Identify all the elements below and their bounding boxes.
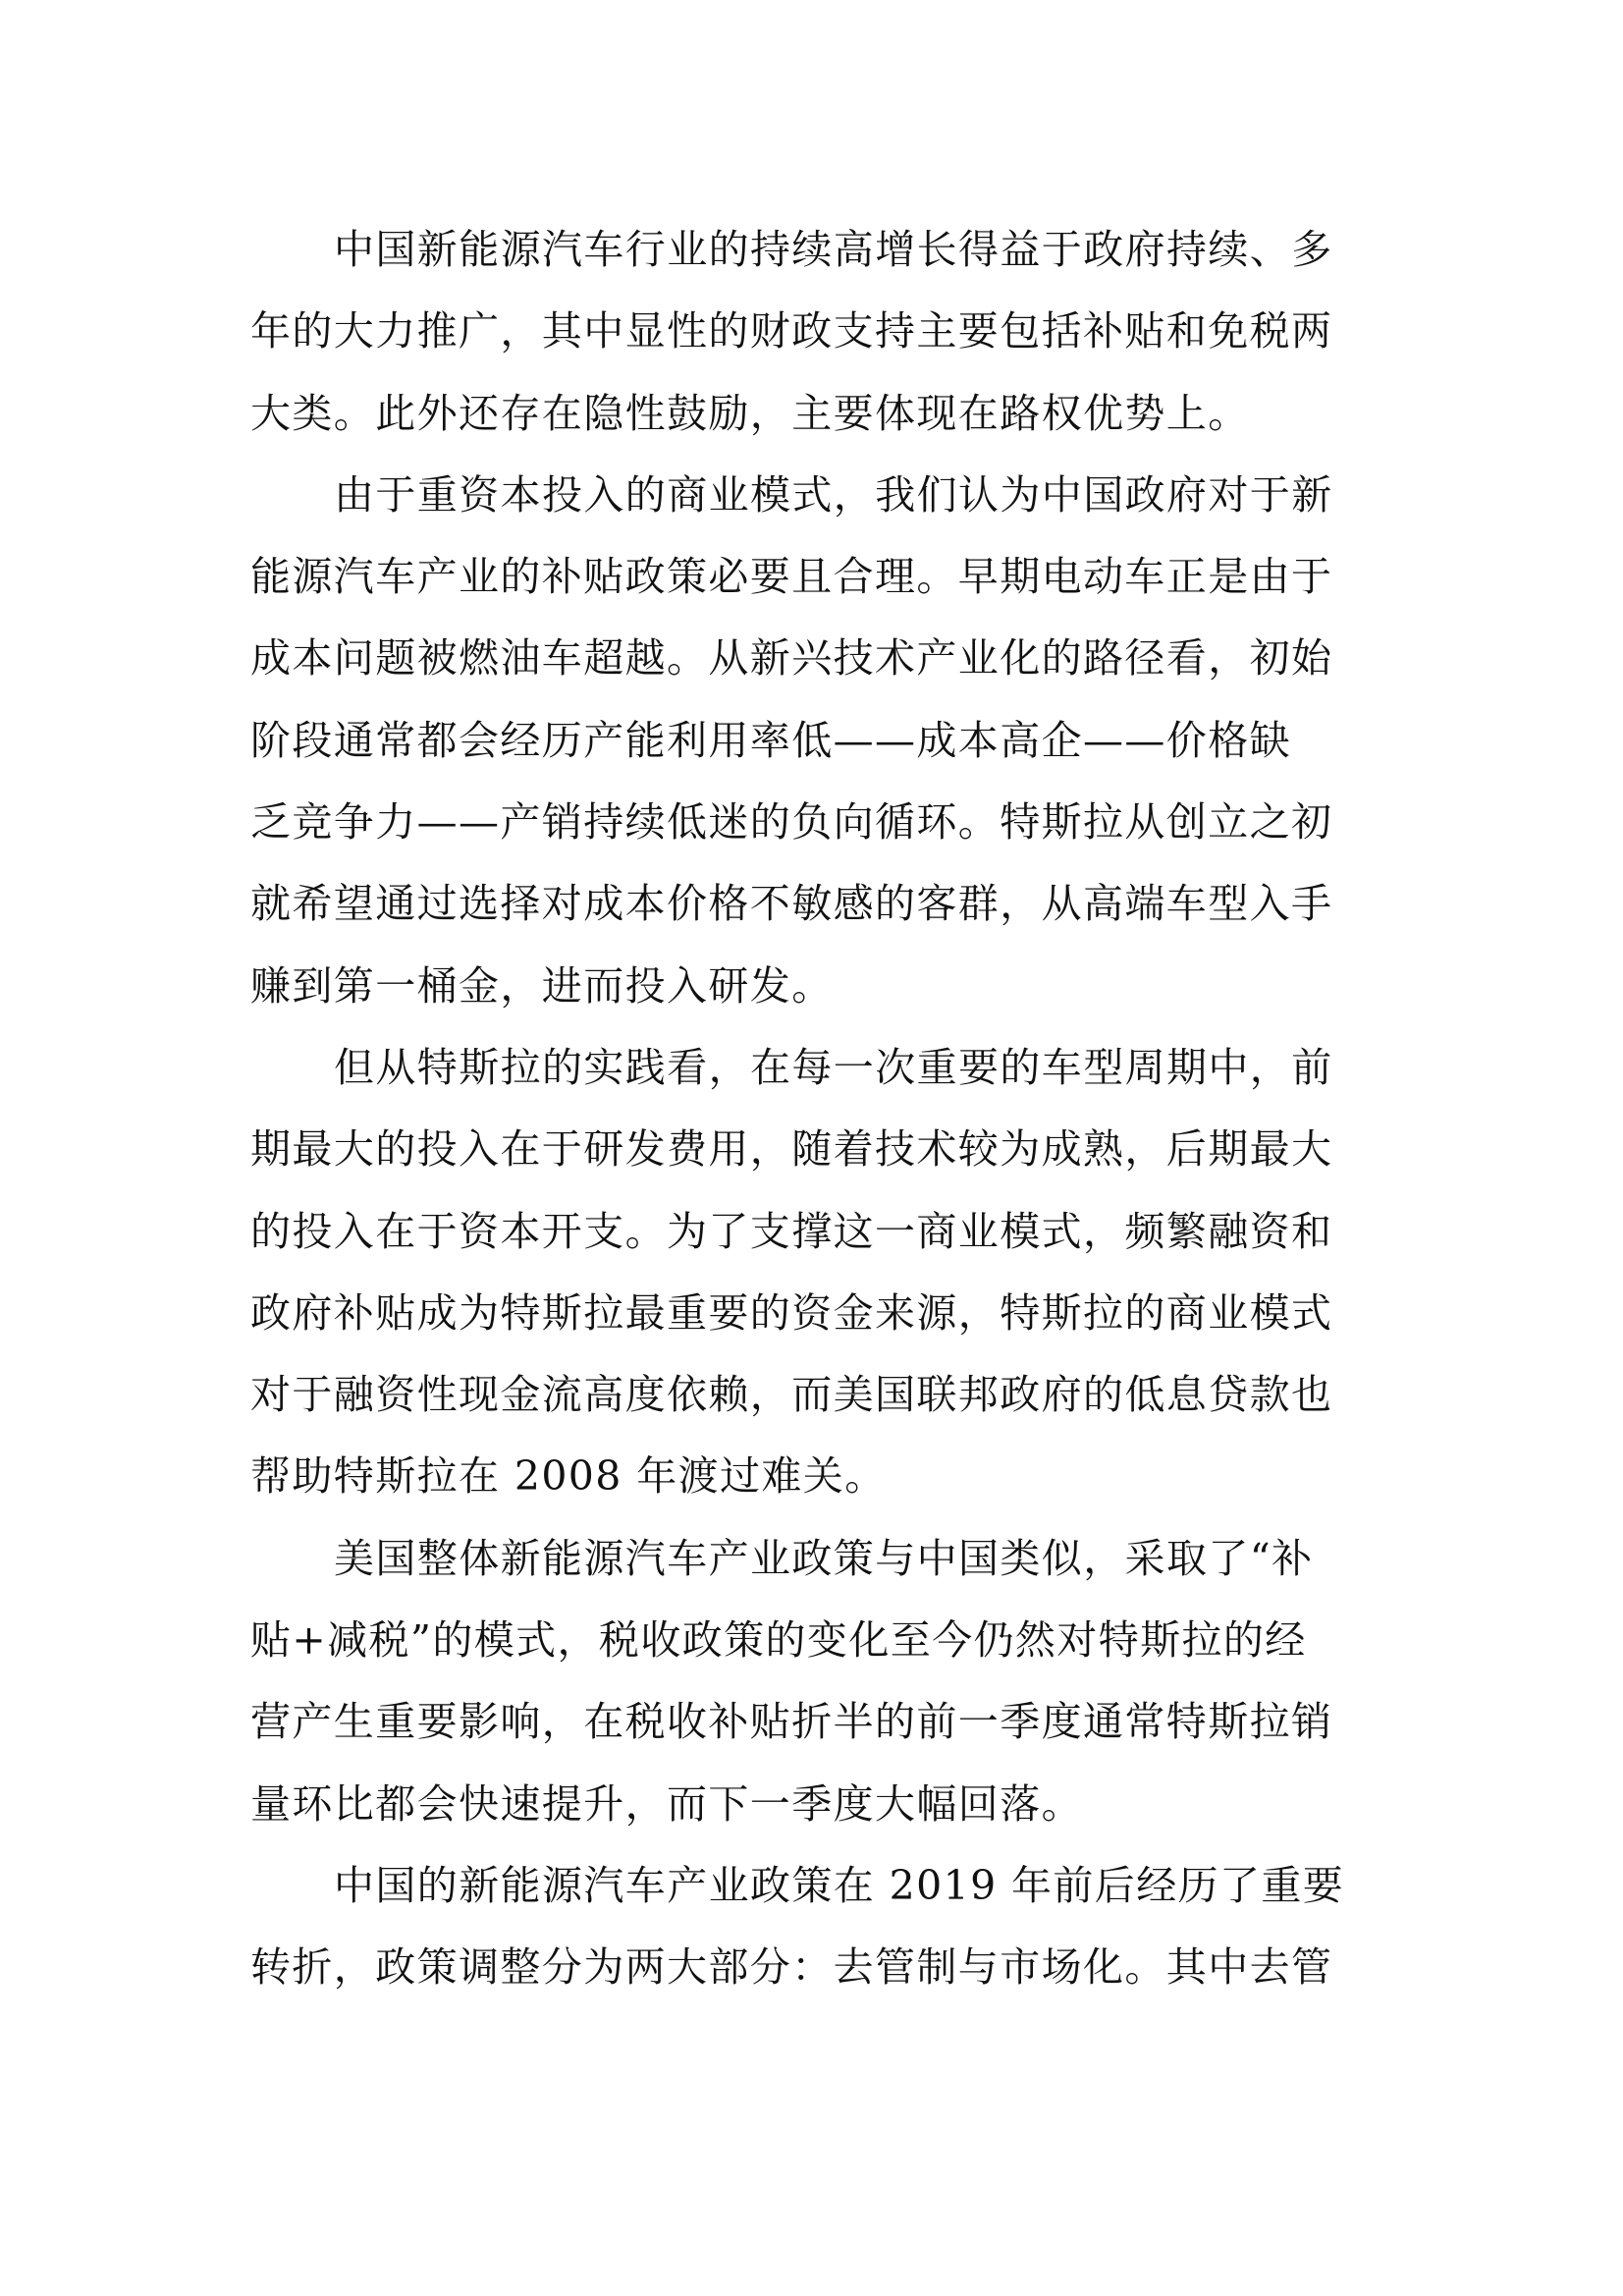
text-line: 对于融资性现金流高度依赖，而美国联邦政府的低息贷款也 [250, 1365, 1389, 1447]
text-line: 年的大力推广，其中显性的财政支持主要包括补贴和免税两 [250, 301, 1389, 383]
text-line: 乏竞争力——产销持续低迷的负向循环。特斯拉从创立之初 [250, 793, 1389, 874]
paragraph-tesla-practice: 但从特斯拉的实践看，在每一次重要的车型周期中，前 期最大的投入在于研发费用，随着… [250, 1038, 1389, 1529]
text-line: 的投入在于资本开支。为了支撑这一商业模式，频繁融资和 [250, 1202, 1389, 1284]
text-line: 就希望通过选择对成本价格不敏感的客群，从高端车型入手 [250, 874, 1389, 956]
paragraph-policy-support: 中国新能源汽车行业的持续高增长得益于政府持续、多 年的大力推广，其中显性的财政支… [250, 220, 1389, 465]
text-line: 转折，政策调整分为两大部分：去管制与市场化。其中去管 [250, 1938, 1389, 2019]
text-line: 政府补贴成为特斯拉最重要的资金来源，特斯拉的商业模式 [250, 1284, 1389, 1365]
text-line: 量环比都会快速提升，而下一季度大幅回落。 [250, 1775, 1389, 1856]
paragraph-china-policy-shift: 中国的新能源汽车产业政策在 2019 年前后经历了重要 转折，政策调整分为两大部… [250, 1856, 1389, 2020]
text-line: 营产生重要影响，在税收补贴折半的前一季度通常特斯拉销 [250, 1692, 1389, 1774]
text-line: 期最大的投入在于研发费用，随着技术较为成熟，后期最大 [250, 1120, 1389, 1201]
text-line: 能源汽车产业的补贴政策必要且合理。早期电动车正是由于 [250, 547, 1389, 629]
text-line: 但从特斯拉的实践看，在每一次重要的车型周期中，前 [250, 1038, 1389, 1120]
text-line: 美国整体新能源汽车产业政策与中国类似，采取了“补 [250, 1529, 1389, 1611]
text-line: 由于重资本投入的商业模式，我们认为中国政府对于新 [250, 465, 1389, 547]
text-line: 赚到第一桶金，进而投入研发。 [250, 957, 1389, 1038]
document-body: 中国新能源汽车行业的持续高增长得益于政府持续、多 年的大力推广，其中显性的财政支… [250, 220, 1389, 2020]
text-line: 大类。此外还存在隐性鼓励，主要体现在路权优势上。 [250, 384, 1389, 465]
text-line: 帮助特斯拉在 2008 年渡过难关。 [250, 1447, 1389, 1528]
text-line: 中国新能源汽车行业的持续高增长得益于政府持续、多 [250, 220, 1389, 301]
paragraph-subsidy-rationale: 由于重资本投入的商业模式，我们认为中国政府对于新 能源汽车产业的补贴政策必要且合… [250, 465, 1389, 1038]
paragraph-us-policy: 美国整体新能源汽车产业政策与中国类似，采取了“补 贴+减税”的模式，税收政策的变… [250, 1529, 1389, 1856]
text-line: 中国的新能源汽车产业政策在 2019 年前后经历了重要 [250, 1856, 1389, 1938]
text-line: 阶段通常都会经历产能利用率低——成本高企——价格缺 [250, 711, 1389, 793]
text-line: 成本问题被燃油车超越。从新兴技术产业化的路径看，初始 [250, 629, 1389, 710]
document-page: 中国新能源汽车行业的持续高增长得益于政府持续、多 年的大力推广，其中显性的财政支… [0, 0, 1623, 2296]
text-line: 贴+减税”的模式，税收政策的变化至今仍然对特斯拉的经 [250, 1611, 1389, 1692]
